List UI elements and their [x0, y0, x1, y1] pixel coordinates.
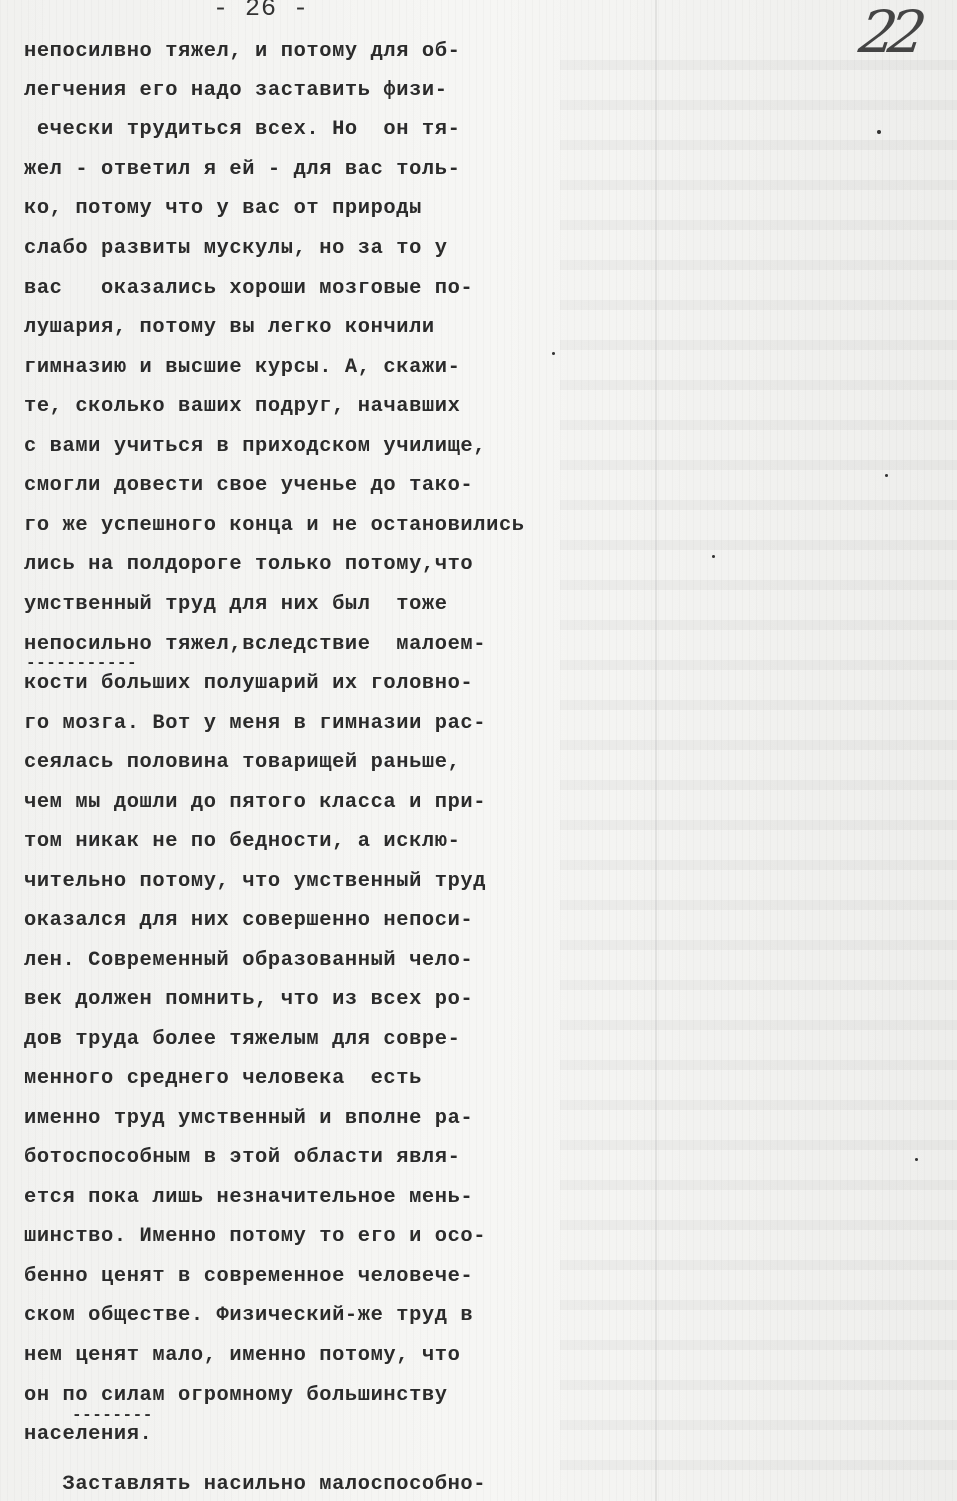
paper-fold: [655, 0, 657, 1501]
text-line: лись на полдороге только потому,что: [24, 553, 473, 577]
text-line: го мозга. Вот у меня в гимназии рас-: [24, 712, 486, 736]
text-line: лушария, потому вы легко кончили: [24, 316, 435, 340]
underline-dashes: --------: [72, 1406, 153, 1424]
text-line: те, сколько ваших подруг, начавших: [24, 395, 460, 419]
text-line: непосилвно тяжел, и потому для об-: [24, 40, 460, 64]
text-line: Заставлять насильно малоспособно-: [24, 1473, 486, 1497]
ink-speck: [915, 1158, 918, 1161]
ink-speck: [712, 555, 715, 558]
text-line: с вами учиться в приходском училище,: [24, 435, 486, 459]
text-line: ботоспособным в этой области явля-: [24, 1146, 460, 1170]
underline-dashes: -----------: [26, 654, 137, 672]
text-line: слабо развиты мускулы, но за то у: [24, 237, 448, 261]
text-line: легчения его надо заставить физи-: [24, 79, 448, 103]
text-line: ется пока лишь незначительное мень-: [24, 1186, 473, 1210]
archive-handwritten-number: 22: [855, 0, 922, 66]
text-line: нем ценят мало, именно потому, что: [24, 1344, 460, 1368]
text-line: он по силам огромному большинству: [24, 1384, 448, 1408]
text-line: ечески трудиться всех. Но он тя-: [24, 118, 460, 142]
text-line: лен. Современный образованный чело-: [24, 949, 473, 973]
page-number: - 26 -: [213, 0, 309, 23]
text-line: гимназию и высшие курсы. А, скажи-: [24, 356, 460, 380]
ink-speck: [877, 130, 881, 134]
text-line: умственный труд для них был тоже: [24, 593, 448, 617]
text-line: жел - ответил я ей - для вас толь-: [24, 158, 460, 182]
text-line: сеялась половина товарищей раньше,: [24, 751, 460, 775]
text-line: вас оказались хороши мозговые по-: [24, 277, 473, 301]
text-line: кости больших полушарий их головно-: [24, 672, 473, 696]
ink-speck: [885, 474, 888, 477]
text-line: бенно ценят в современное человече-: [24, 1265, 473, 1289]
text-line: именно труд умственный и вполне ра-: [24, 1107, 473, 1131]
text-line: смогли довести свое ученье до тако-: [24, 474, 473, 498]
text-line: ко, потому что у вас от природы: [24, 197, 422, 221]
text-line: чем мы дошли до пятого класса и при-: [24, 791, 486, 815]
text-line: чительно потому, что умственный труд: [24, 870, 486, 894]
text-line: го же успешного конца и не остановились: [24, 514, 525, 538]
text-line: шинство. Именно потому то его и осо-: [24, 1225, 486, 1249]
text-line: дов труда более тяжелым для совре-: [24, 1028, 460, 1052]
bleed-through-text: [560, 40, 957, 1480]
text-line: оказался для них совершенно непоси-: [24, 909, 473, 933]
text-line: ском обществе. Физический-же труд в: [24, 1304, 473, 1328]
text-line: век должен помнить, что из всех ро-: [24, 988, 473, 1012]
text-line: населения.: [24, 1423, 152, 1447]
text-line: менного среднего человека есть: [24, 1067, 422, 1091]
ink-speck: [552, 352, 555, 355]
text-line: том никак не по бедности, а исклю-: [24, 830, 460, 854]
